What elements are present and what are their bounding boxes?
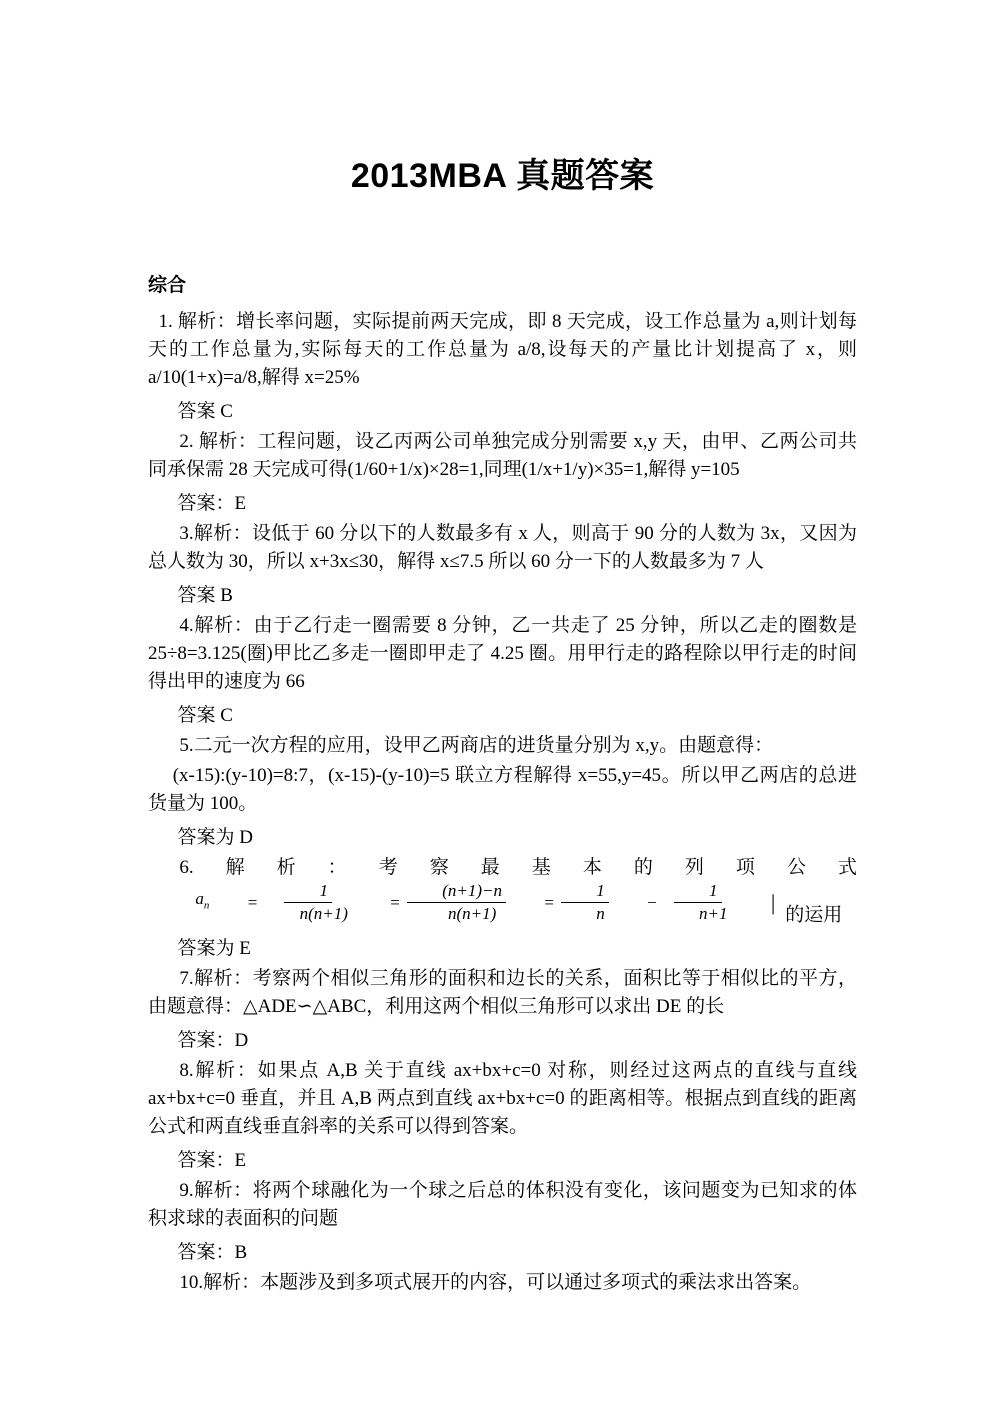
solution-7-answer: 答案：D [148,1027,857,1055]
solution-3: 3.解析：设低于 60 分以下的人数最多有 x 人，则高于 90 分的人数为 3… [148,520,857,610]
solution-3-analysis: 3.解析：设低于 60 分以下的人数最多有 x 人，则高于 90 分的人数为 3… [148,520,857,576]
formula-variable: an [164,885,209,919]
solution-4: 4.解析：由于乙行走一圈需要 8 分钟，乙一共走了 25 分钟，所以乙走的圈数是… [148,612,857,730]
solution-10-analysis: 10.解析：本题涉及到多项式展开的内容，可以通过多项式的乘法求出答案。 [148,1269,857,1297]
solution-5: 5.二元一次方程的应用，设甲乙两商店的进货量分别为 x,y。由题意得： (x-1… [148,732,857,852]
solution-5-answer: 答案为 D [148,824,857,852]
analysis-text-after-formula: 的运用 [785,904,842,925]
solution-9-answer: 答案：B [148,1239,857,1267]
solution-8-analysis: 8.解析：如果点 A,B 关于直线 ax+bx+c=0 对称，则经过这两点的直线… [148,1057,857,1141]
solution-6: 6.解析：考察最基本的列项公式an=1n(n+1)=(n+1)−nn(n+1)=… [148,854,857,963]
solution-1-analysis: 1. 解析：增长率问题，实际提前两天完成，即 8 天完成，设工作总量为 a,则计… [148,308,857,392]
minus-sign: − [615,889,658,917]
solution-2-answer: 答案：E [148,490,857,518]
fraction-4: 1n+1 [664,882,732,923]
solution-7-analysis: 7.解析：考察两个相似三角形的面积和边长的关系，面积比等于相似比的平方，由题意得… [148,965,857,1021]
fraction-1: 1n(n+1) [264,882,352,923]
page-title: 2013MBA 真题答案 [148,156,857,196]
equals-sign: = [512,889,555,917]
solution-1-answer: 答案 C [148,398,857,426]
solution-2: 2. 解析：工程问题，设乙丙两公司单独完成分别需要 x,y 天，由甲、乙两公司共… [148,428,857,518]
solution-6-answer: 答案为 E [148,935,857,963]
analysis-text-before-formula: 6.解析：考察最基本的列项公式 [179,857,857,878]
solution-3-answer: 答案 B [148,582,857,610]
solution-8: 8.解析：如果点 A,B 关于直线 ax+bx+c=0 对称，则经过这两点的直线… [148,1057,857,1175]
equals-sign: = [358,889,401,917]
solution-10: 10.解析：本题涉及到多项式展开的内容，可以通过多项式的乘法求出答案。 [148,1269,857,1297]
fraction-3: 1n [561,882,609,923]
solution-1: 1. 解析：增长率问题，实际提前两天完成，即 8 天完成，设工作总量为 a,则计… [148,308,857,426]
solution-5-analysis: 5.二元一次方程的应用，设甲乙两商店的进货量分别为 x,y。由题意得： [148,732,857,760]
solution-6-analysis: 6.解析：考察最基本的列项公式an=1n(n+1)=(n+1)−nn(n+1)=… [148,854,857,929]
solution-9: 9.解析：将两个球融化为一个球之后总的体积没有变化，该问题变为已知求的体积求球的… [148,1177,857,1267]
solution-8-answer: 答案：E [148,1147,857,1175]
section-heading: 综合 [148,272,857,300]
fraction-2: (n+1)−nn(n+1) [407,882,506,923]
document-page: 2013MBA 真题答案 综合 1. 解析：增长率问题，实际提前两天完成，即 8… [0,0,993,1404]
vertical-bar: | [740,889,776,917]
solution-5-equations: (x-15):(y-10)=8:7，(x-15)-(y-10)=5 联立方程解得… [148,762,857,818]
solution-7: 7.解析：考察两个相似三角形的面积和边长的关系，面积比等于相似比的平方，由题意得… [148,965,857,1055]
solution-4-answer: 答案 C [148,702,857,730]
telescoping-series-formula: an=1n(n+1)=(n+1)−nn(n+1)=1n−1n+1| [164,882,775,923]
equals-sign: = [215,889,258,917]
solution-4-analysis: 4.解析：由于乙行走一圈需要 8 分钟，乙一共走了 25 分钟，所以乙走的圈数是… [148,612,857,696]
solution-9-analysis: 9.解析：将两个球融化为一个球之后总的体积没有变化，该问题变为已知求的体积求球的… [148,1177,857,1233]
solution-2-analysis: 2. 解析：工程问题，设乙丙两公司单独完成分别需要 x,y 天，由甲、乙两公司共… [148,428,857,484]
